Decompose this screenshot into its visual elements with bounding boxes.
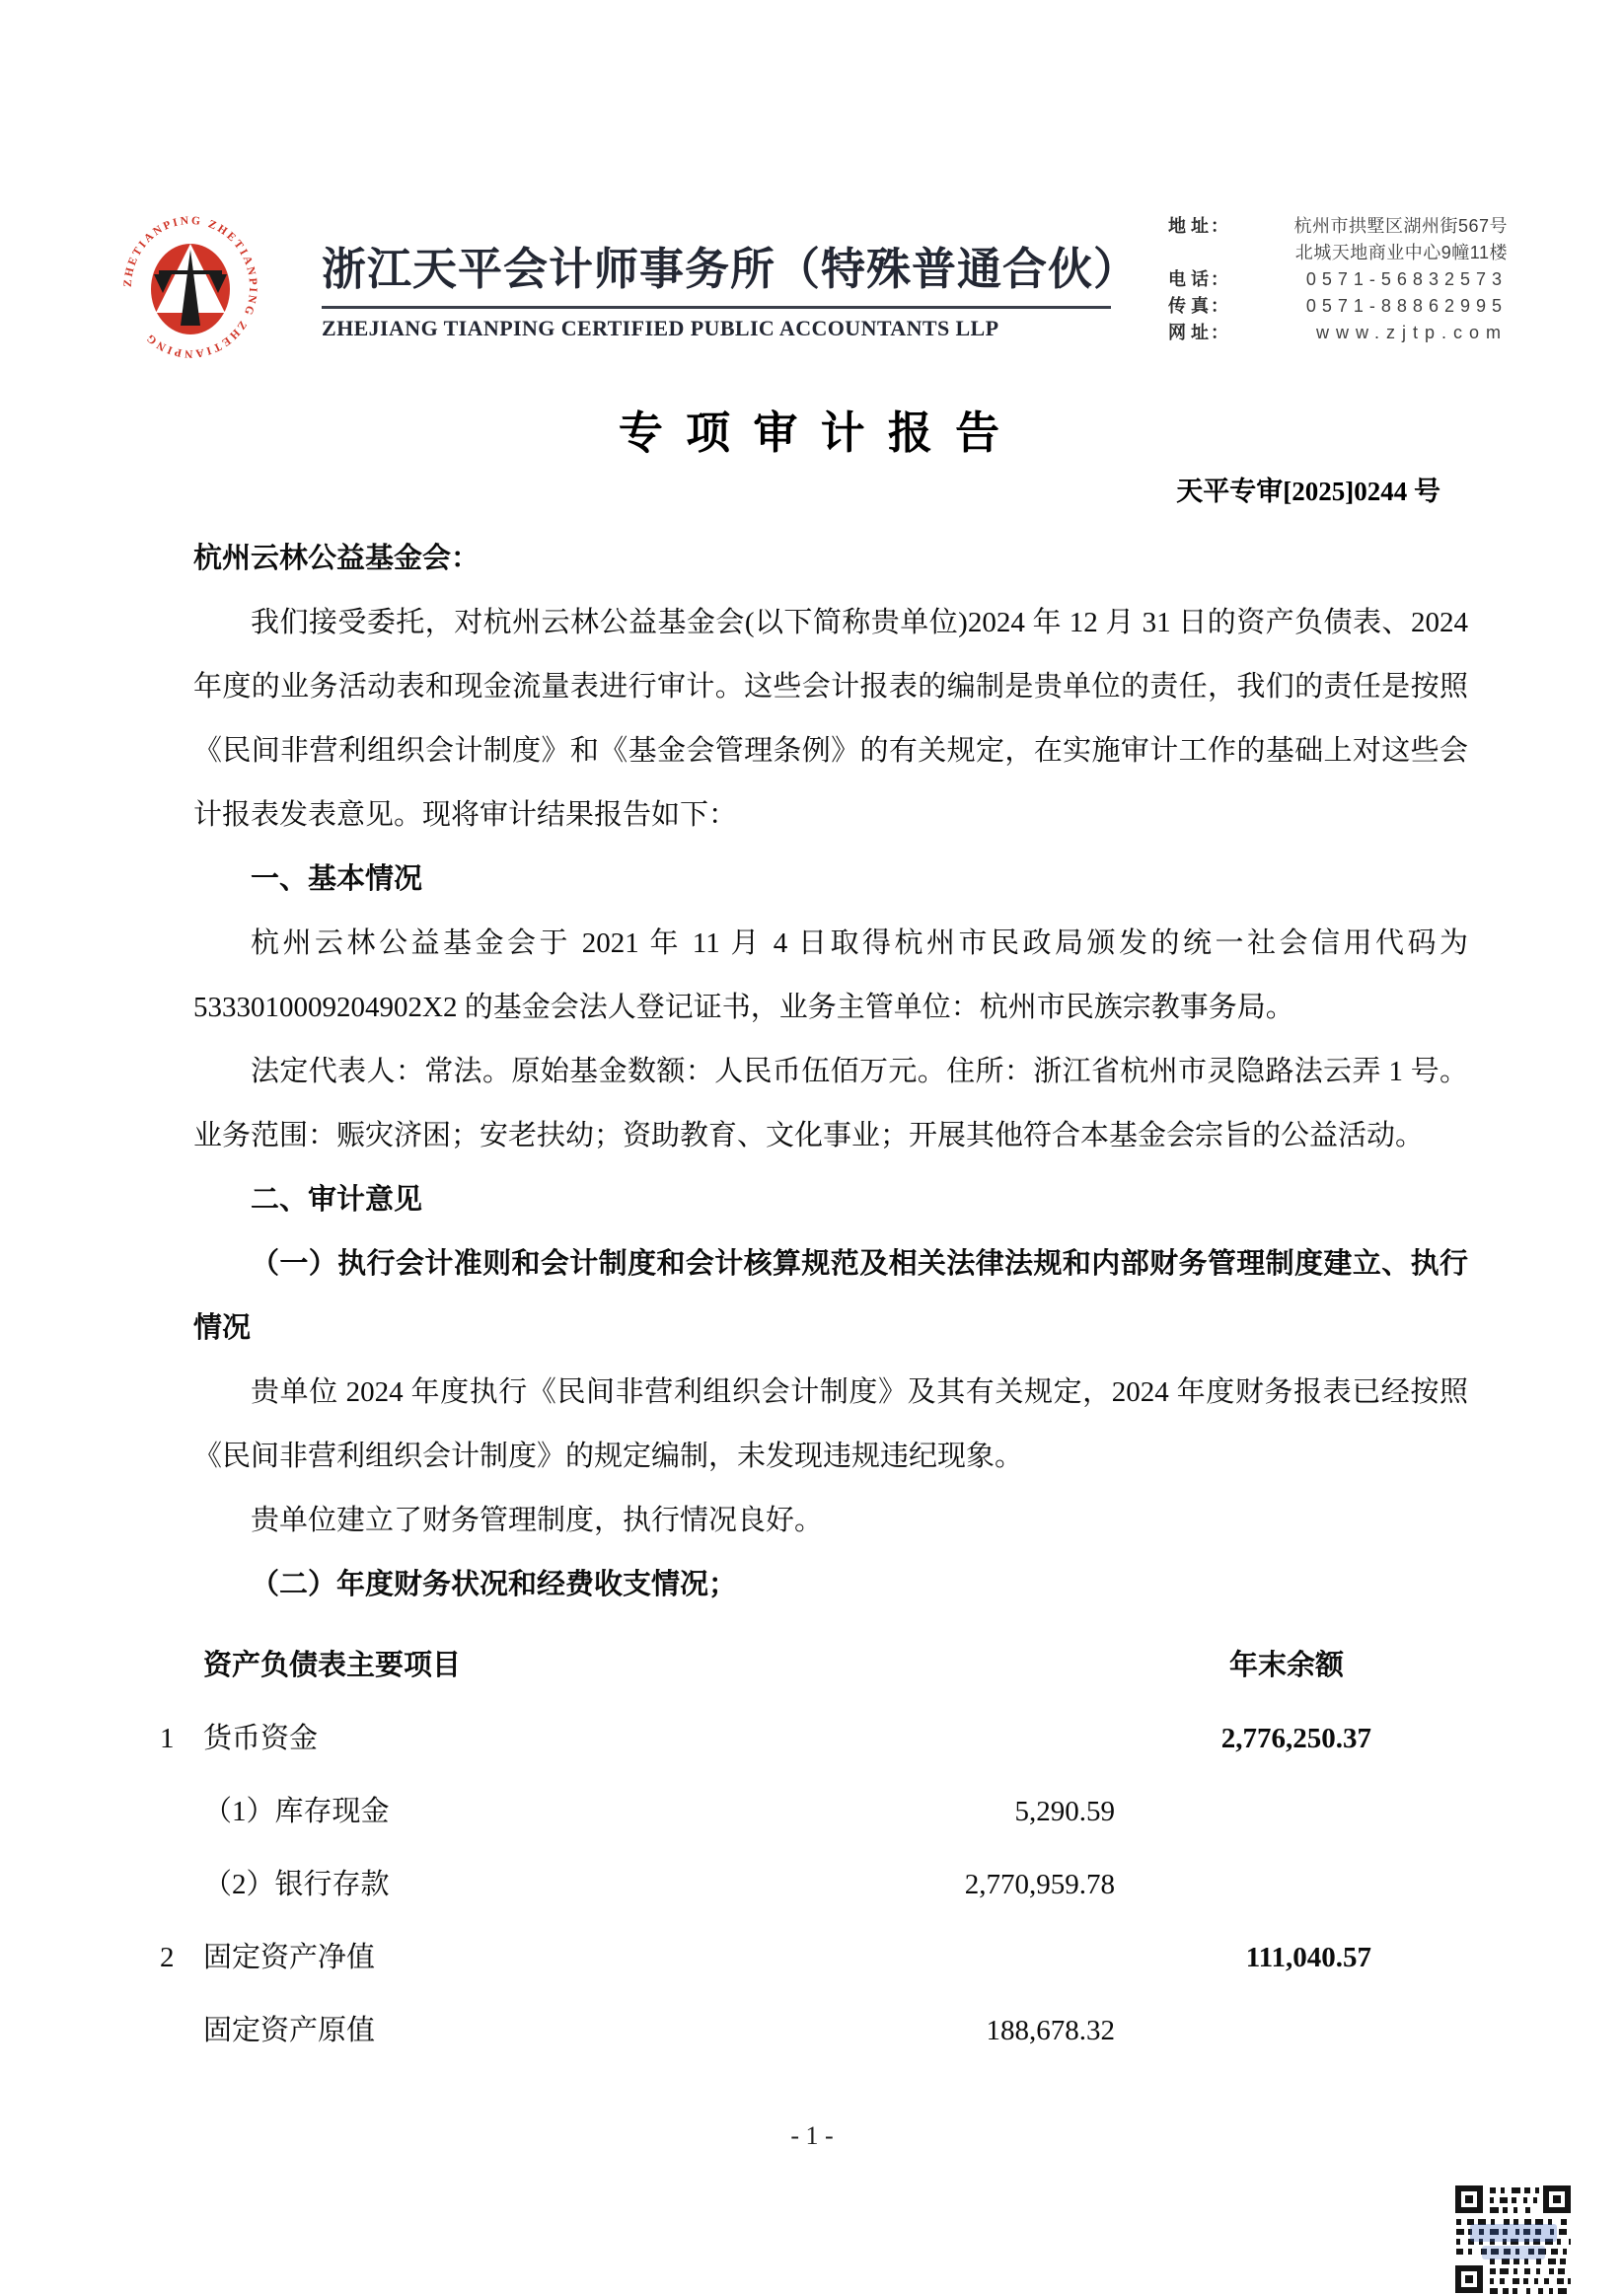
paragraph-engagement: 我们接受委托，对杭州云林公益基金会(以下简称贵单位)2024 年 12 月 31… (193, 591, 1468, 848)
contact-block: 地 址： 杭州市拱墅区湖州街567号 地 址： 北城天地商业中心9幢11楼 电 … (1168, 213, 1508, 346)
page-number: - 1 - (0, 2121, 1624, 2151)
section-1-heading: 一、基本情况 (193, 848, 1468, 912)
col-header-item: 资产负债表主要项目 (203, 1629, 716, 1702)
paragraph-registration: 杭州云林公益基金会于 2021 年 11 月 4 日取得杭州市民政局颁发的统一社… (193, 912, 1468, 1040)
fax-value: 0571-88862995 (1232, 293, 1508, 320)
contact-phone-row: 电 话： 0571-56832573 (1168, 266, 1508, 293)
qr-overlay (1470, 2224, 1557, 2242)
paragraph-internal-control: 贵单位建立了财务管理制度，执行情况良好。 (193, 1489, 1468, 1553)
qr-code (1452, 2183, 1575, 2296)
page-title: 专 项 审 计 报 告 (0, 397, 1624, 461)
balance-sheet-table: 资产负债表主要项目 年末余额 1 货币资金 2,776,250.37 （1）库存… (160, 1629, 1405, 2067)
contact-fax-row: 传 真： 0571-88862995 (1168, 293, 1508, 320)
brand-divider (322, 306, 1111, 309)
contact-address-row2: 地 址： 北城天地商业中心9幢11楼 (1168, 240, 1508, 266)
table-row: （2）银行存款 2,770,959.78 (160, 1848, 1405, 1921)
section-2-heading: 二、审计意见 (193, 1168, 1468, 1232)
company-name-cn: 浙江天平会计师事务所（特殊普通合伙） (322, 233, 1123, 297)
address-value-line2: 北城天地商业中心9幢11楼 (1232, 240, 1508, 266)
tianping-logo-icon: ZHETIANPING ZHETIANPING ZHETIANPING (116, 213, 264, 361)
table-row: （1）库存现金 5,290.59 (160, 1775, 1405, 1848)
letterhead: ZHETIANPING ZHETIANPING ZHETIANPING 浙江天平… (116, 213, 1508, 363)
col-header-amount: 年末余额 (1115, 1629, 1371, 1702)
paragraph-compliance: 贵单位 2024 年度执行《民间非营利组织会计制度》及其有关规定，2024 年度… (193, 1361, 1468, 1489)
brand-block: 浙江天平会计师事务所（特殊普通合伙） ZHEJIANG TIANPING CER… (322, 233, 1123, 341)
section-2-1-heading: （一）执行会计准则和会计制度和会计核算规范及相关法律法规和内部财务管理制度建立、… (193, 1232, 1468, 1361)
web-value: www.zjtp.com (1232, 320, 1508, 346)
contact-web-row: 网 址： www.zjtp.com (1168, 320, 1508, 346)
table-row: 1 货币资金 2,776,250.37 (160, 1702, 1405, 1775)
phone-value: 0571-56832573 (1232, 266, 1508, 293)
table-row: 2 固定资产净值 111,040.57 (160, 1921, 1405, 1994)
contact-address-row: 地 址： 杭州市拱墅区湖州街567号 (1168, 213, 1508, 240)
reference-number: 天平专审[2025]0244 号 (0, 470, 1440, 508)
addressee: 杭州云林公益基金会： (193, 527, 1468, 591)
section-2-2-heading: （二）年度财务状况和经费收支情况； (193, 1553, 1468, 1617)
table-header-row: 资产负债表主要项目 年末余额 (160, 1629, 1405, 1702)
fax-label: 传 真 (1168, 293, 1209, 320)
audit-report-page: ZHETIANPING ZHETIANPING ZHETIANPING 浙江天平… (0, 0, 1624, 2296)
company-name-en: ZHEJIANG TIANPING CERTIFIED PUBLIC ACCOU… (322, 316, 1123, 341)
phone-label: 电 话 (1168, 266, 1209, 293)
table-row: 固定资产原值 188,678.32 (160, 1994, 1405, 2067)
address-label: 地 址 (1168, 213, 1209, 240)
report-body: 杭州云林公益基金会： 我们接受委托，对杭州云林公益基金会(以下简称贵单位)202… (193, 527, 1468, 2067)
paragraph-legal-rep: 法定代表人：常法。原始基金数额：人民币伍佰万元。住所：浙江省杭州市灵隐路法云弄 … (193, 1040, 1468, 1168)
address-value-line1: 杭州市拱墅区湖州街567号 (1232, 213, 1508, 240)
web-label: 网 址 (1168, 320, 1209, 346)
